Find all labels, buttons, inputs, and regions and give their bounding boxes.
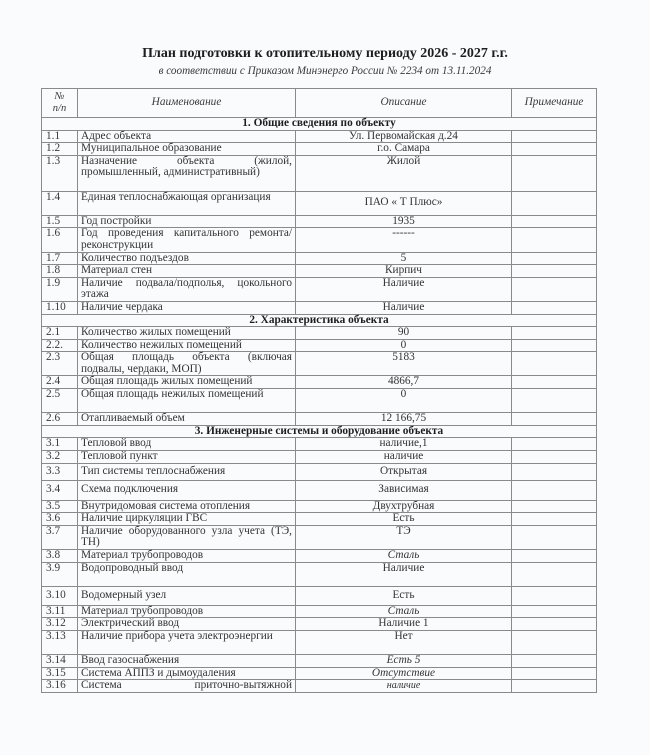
table-row: 3.10Водомерный узелЕсть: [42, 586, 597, 605]
table-row: 3.3Тип системы теплоснабженияОткрытая: [42, 463, 597, 480]
document-subtitle: в соответствии с Приказом Минэнерго Росс…: [0, 65, 650, 77]
section-header: 3. Инженерные системы и оборудование объ…: [42, 425, 597, 438]
document-title: План подготовки к отопительному периоду …: [0, 46, 650, 62]
table-row: 1.1Адрес объектаУл. Первомайская д.24: [42, 130, 597, 143]
table-row: 1.4Единая теплоснабжающая организацияПАО…: [42, 191, 597, 215]
table-header-row: №п/п Наименование Описание Примечание: [42, 89, 597, 118]
table-row: 3.15Система АППЗ и дымоудаленияОтсутстви…: [42, 667, 597, 680]
table-row: 3.6Наличие циркуляции ГВСЕсть: [42, 513, 597, 526]
table-row: 3.13Наличие прибора учета электроэнергии…: [42, 630, 597, 654]
table-row: 3.14Ввод газоснабженияЕсть 5: [42, 655, 597, 668]
table-row: 2.4Общая площадь жилых помещений4866,7: [42, 376, 597, 389]
table-row: 3.2Тепловой пунктналичие: [42, 451, 597, 464]
table-row: 3.12Электрический вводНаличие 1: [42, 618, 597, 631]
table-row: 1.2Муниципальное образованиег.о. Самара: [42, 143, 597, 156]
header-note: Примечание: [512, 89, 597, 118]
table-row: 2.5Общая площадь нежилых помещений0: [42, 389, 597, 413]
table-row: 1.10Наличие чердакаНаличие: [42, 301, 597, 314]
table-row: 1.7Количество подъездов5: [42, 252, 597, 265]
table-row: 1.8Материал стенКирпич: [42, 265, 597, 278]
table-row: 2.2.Количество нежилых помещений0: [42, 339, 597, 352]
header-description: Описание: [296, 89, 512, 118]
section-header: 2. Характеристика объекта: [42, 314, 597, 327]
table-row: 3.1Тепловой вводналичие,1: [42, 438, 597, 451]
table-row: 3.8Материал трубопроводовСталь: [42, 550, 597, 563]
table-row: 3.4Схема подключенияЗависимая: [42, 480, 597, 500]
table-row: 1.9Наличие подвала/подполья, цокольного …: [42, 277, 597, 301]
header-num: №п/п: [42, 89, 78, 118]
header-name: Наименование: [78, 89, 296, 118]
table-row: 3.5Внутридомовая система отопленияДвухтр…: [42, 500, 597, 513]
table-row: 1.3Назначение объекта (жилой, промышленн…: [42, 155, 597, 191]
table-row: 3.16Система приточно-вытяжнойналичие: [42, 680, 597, 693]
table-row: 2.3Общая площадь объекта (включая подвал…: [42, 352, 597, 376]
heating-plan-table: №п/п Наименование Описание Примечание 1.…: [41, 88, 597, 693]
table-row: 2.1Количество жилых помещений90: [42, 327, 597, 340]
table-row: 3.11Материал трубопроводовСталь: [42, 605, 597, 618]
table-row: 3.9Водопроводный вводНаличие: [42, 562, 597, 586]
table-row: 3.7Наличие оборудованного узла учета (ТЭ…: [42, 525, 597, 549]
table-row: 1.5Год постройки1935: [42, 215, 597, 228]
table-row: 1.6Год проведения капитального ремонта/р…: [42, 228, 597, 252]
section-header: 1. Общие сведения по объекту: [42, 118, 597, 131]
table-row: 2.6Отапливаемый объем12 166,75: [42, 413, 597, 426]
